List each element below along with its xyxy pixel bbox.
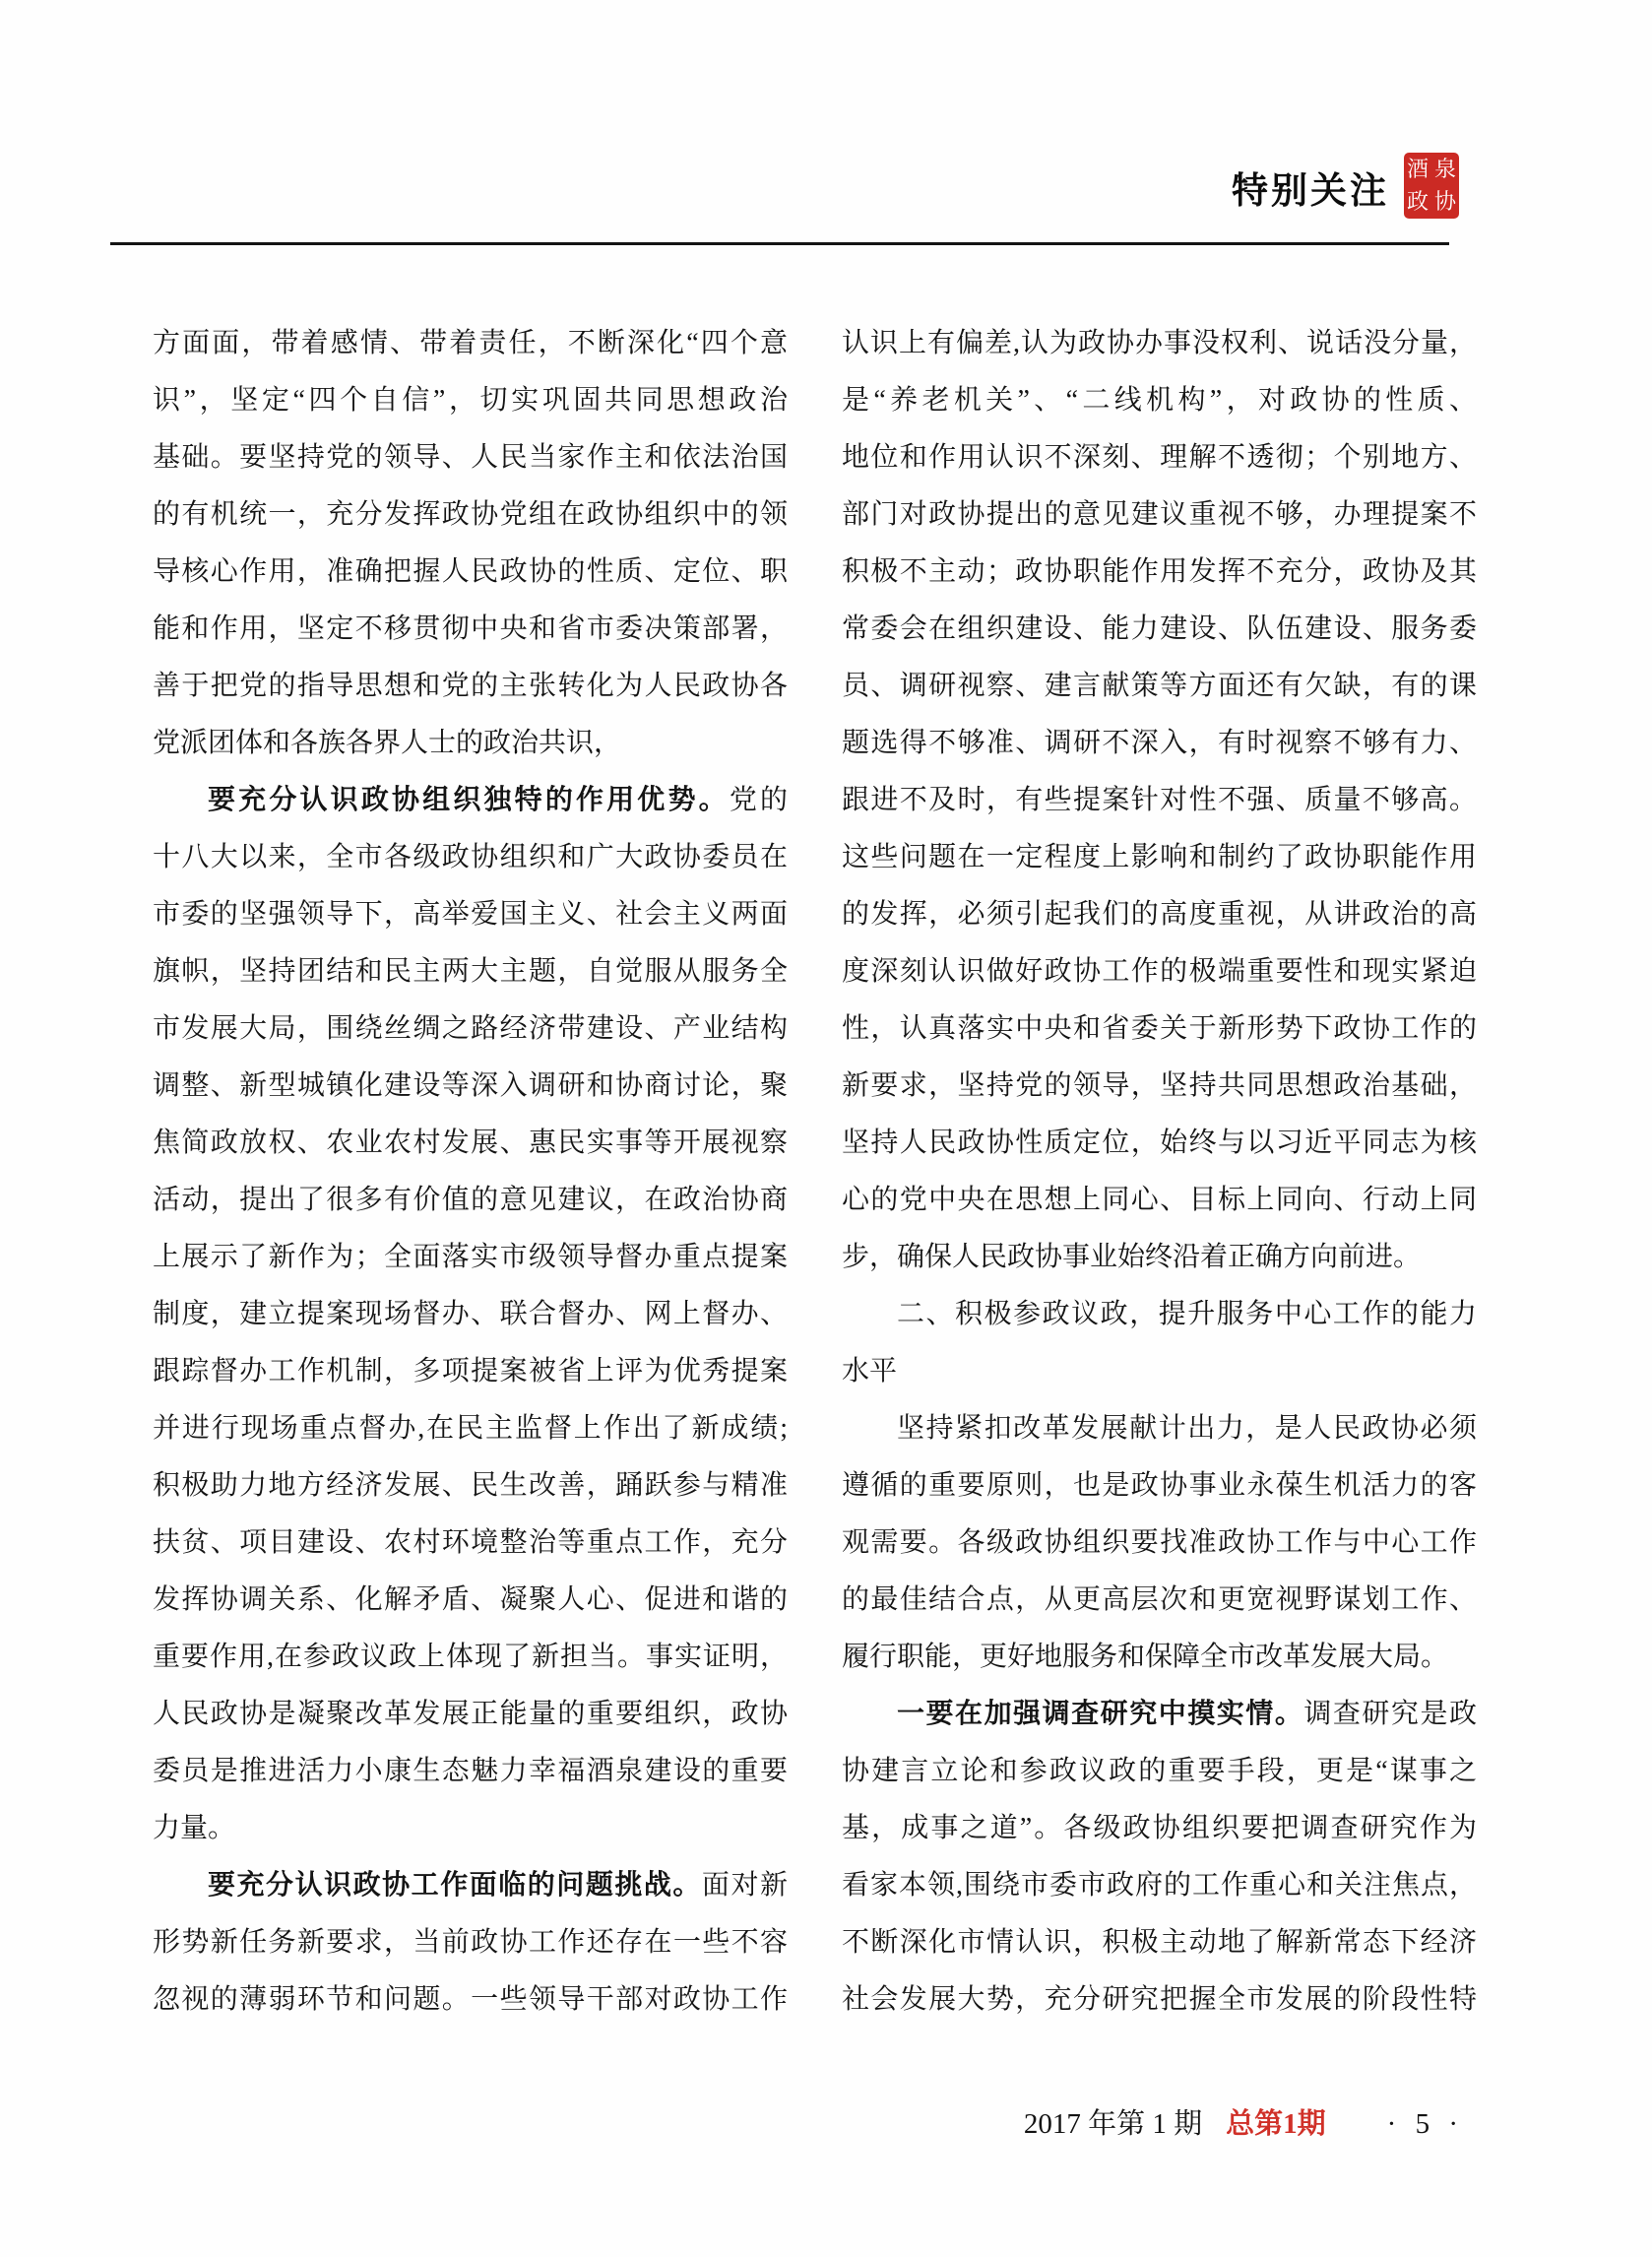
text-line: 忽视的薄弱环节和问题。一些领导干部对政协工作 <box>153 1971 788 2029</box>
text-line: 要充分认识政协工作面临的问题挑战。面对新 <box>153 1857 788 1914</box>
text-line: 跟踪督办工作机制，多项提案被省上评为优秀提案 <box>153 1343 788 1400</box>
text-line: 跟进不及时，有些提案针对性不强、质量不够高。 <box>842 772 1477 829</box>
text-line: 并进行现场重点督办,在民主监督上作出了新成绩; <box>153 1400 788 1457</box>
text-line: 协建言立论和参政议政的重要手段，更是“谋事之 <box>842 1743 1477 1800</box>
text-line: 遵循的重要原则，也是政协事业永葆生机活力的客 <box>842 1457 1477 1515</box>
text-line: 是“养老机关”、“二线机构”，对政协的性质、 <box>842 372 1477 429</box>
text-line: 地位和作用认识不深刻、理解不透彻；个别地方、 <box>842 429 1477 486</box>
header-divider-rule <box>110 242 1449 245</box>
text-line: 的最佳结合点，从更高层次和更宽视野谋划工作、 <box>842 1572 1477 1629</box>
text-line: 看家本领,围绕市委市政府的工作重心和关注焦点， <box>842 1857 1477 1914</box>
text-line: 活动，提出了很多有价值的意见建议，在政治协商 <box>153 1172 788 1229</box>
footer-page-number: · 5 · <box>1387 2103 1464 2145</box>
page-header-title: 特别关注 <box>1232 161 1389 214</box>
text-line: 水平 <box>842 1343 1477 1400</box>
text-line: 方面面，带着感情、带着责任，不断深化“四个意 <box>153 315 788 372</box>
footer-issue-label: 2017 年第 1 期 <box>1024 2103 1202 2145</box>
text-line: 要充分认识政协组织独特的作用优势。党的 <box>153 772 788 829</box>
text-line: 识”，坚定“四个自信”，切实巩固共同思想政治 <box>153 372 788 429</box>
text-line: 重要作用,在参政议政上体现了新担当。事实证明， <box>153 1629 788 1686</box>
text-line: 新要求，坚持党的领导，坚持共同思想政治基础， <box>842 1058 1477 1115</box>
text-line: 的发挥，必须引起我们的高度重视，从讲政治的高 <box>842 886 1477 943</box>
text-line: 这些问题在一定程度上影响和制约了政协职能作用 <box>842 829 1477 886</box>
text-line: 委员是推进活力小康生态魅力幸福酒泉建设的重要 <box>153 1743 788 1800</box>
text-line: 社会发展大势，充分研究把握全市发展的阶段性特 <box>842 1971 1477 2029</box>
text-line: 不断深化市情认识，积极主动地了解新常态下经济 <box>842 1914 1477 1971</box>
seal-char-2: 泉 <box>1434 159 1456 180</box>
document-page: 特别关注 酒 泉 政 协 方面面，带着感情、带着责任，不断深化“四个意识”，坚定… <box>0 0 1652 2257</box>
footer-volume-label: 总第1期 <box>1226 2103 1326 2145</box>
page-footer: 2017 年第 1 期 总第1期 · 5 · <box>1024 2103 1464 2145</box>
text-line: 市发展大局，围绕丝绸之路经济带建设、产业结构 <box>153 1000 788 1058</box>
text-line: 的有机统一，充分发挥政协党组在政协组织中的领 <box>153 486 788 544</box>
text-line: 性，认真落实中央和省委关于新形势下政协工作的 <box>842 1000 1477 1058</box>
seal-char-3: 政 <box>1407 191 1429 213</box>
text-line: 员、调研视察、建言献策等方面还有欠缺，有的课 <box>842 658 1477 715</box>
text-line: 市委的坚强领导下，高举爱国主义、社会主义两面 <box>153 886 788 943</box>
text-line: 善于把党的指导思想和党的主张转化为人民政协各 <box>153 658 788 715</box>
text-line: 题选得不够准、调研不深入，有时视察不够有力、 <box>842 715 1477 772</box>
text-line: 焦简政放权、农业农村发展、惠民实事等开展视察 <box>153 1115 788 1172</box>
text-line: 扶贫、项目建设、农村环境整治等重点工作，充分 <box>153 1515 788 1572</box>
text-line: 导核心作用，准确把握人民政协的性质、定位、职 <box>153 544 788 601</box>
text-line: 观需要。各级政协组织要找准政协工作与中心工作 <box>842 1515 1477 1572</box>
text-line: 旗帜，坚持团结和民主两大主题，自觉服从服务全 <box>153 943 788 1000</box>
text-line: 部门对政协提出的意见建议重视不够，办理提案不 <box>842 486 1477 544</box>
text-line: 步，确保人民政协事业始终沿着正确方向前进。 <box>842 1229 1477 1286</box>
text-line: 形势新任务新要求，当前政协工作还存在一些不容 <box>153 1914 788 1971</box>
text-line: 发挥协调关系、化解矛盾、凝聚人心、促进和谐的 <box>153 1572 788 1629</box>
text-line: 积极助力地方经济发展、民生改善，踊跃参与精准 <box>153 1457 788 1515</box>
text-line: 坚持紧扣改革发展献计出力，是人民政协必须 <box>842 1400 1477 1457</box>
text-line: 能和作用，坚定不移贯彻中央和省市委决策部署， <box>153 601 788 658</box>
text-line: 基，成事之道”。各级政协组织要把调查研究作为 <box>842 1800 1477 1857</box>
text-line: 坚持人民政协性质定位，始终与以习近平同志为核 <box>842 1115 1477 1172</box>
text-line: 人民政协是凝聚改革发展正能量的重要组织，政协 <box>153 1686 788 1743</box>
text-line: 调整、新型城镇化建设等深入调研和协商讨论，聚 <box>153 1058 788 1115</box>
text-line: 常委会在组织建设、能力建设、队伍建设、服务委 <box>842 601 1477 658</box>
text-line: 制度，建立提案现场督办、联合督办、网上督办、 <box>153 1286 788 1343</box>
text-line: 十八大以来，全市各级政协组织和广大政协委员在 <box>153 829 788 886</box>
text-line: 二、积极参政议政，提升服务中心工作的能力 <box>842 1286 1477 1343</box>
text-line: 基础。要坚持党的领导、人民当家作主和依法治国 <box>153 429 788 486</box>
text-line: 度深刻认识做好政协工作的极端重要性和现实紧迫 <box>842 943 1477 1000</box>
text-line: 党派团体和各族各界人士的政治共识， <box>153 715 788 772</box>
text-line: 上展示了新作为；全面落实市级领导督办重点提案 <box>153 1229 788 1286</box>
text-line: 认识上有偏差,认为政协办事没权利、说话没分量， <box>842 315 1477 372</box>
text-line: 积极不主动；政协职能作用发挥不充分，政协及其 <box>842 544 1477 601</box>
red-seal-stamp: 酒 泉 政 协 <box>1404 153 1459 219</box>
text-line: 一要在加强调查研究中摸实情。调查研究是政 <box>842 1686 1477 1743</box>
text-line: 心的党中央在思想上同心、目标上同向、行动上同 <box>842 1172 1477 1229</box>
column-left: 方面面，带着感情、带着责任，不断深化“四个意识”，坚定“四个自信”，切实巩固共同… <box>153 315 788 2029</box>
text-line: 力量。 <box>153 1800 788 1857</box>
seal-char-4: 协 <box>1434 191 1456 213</box>
text-line: 履行职能，更好地服务和保障全市改革发展大局。 <box>842 1629 1477 1686</box>
seal-char-1: 酒 <box>1407 159 1429 180</box>
column-right: 认识上有偏差,认为政协办事没权利、说话没分量，是“养老机关”、“二线机构”，对政… <box>842 315 1477 2029</box>
